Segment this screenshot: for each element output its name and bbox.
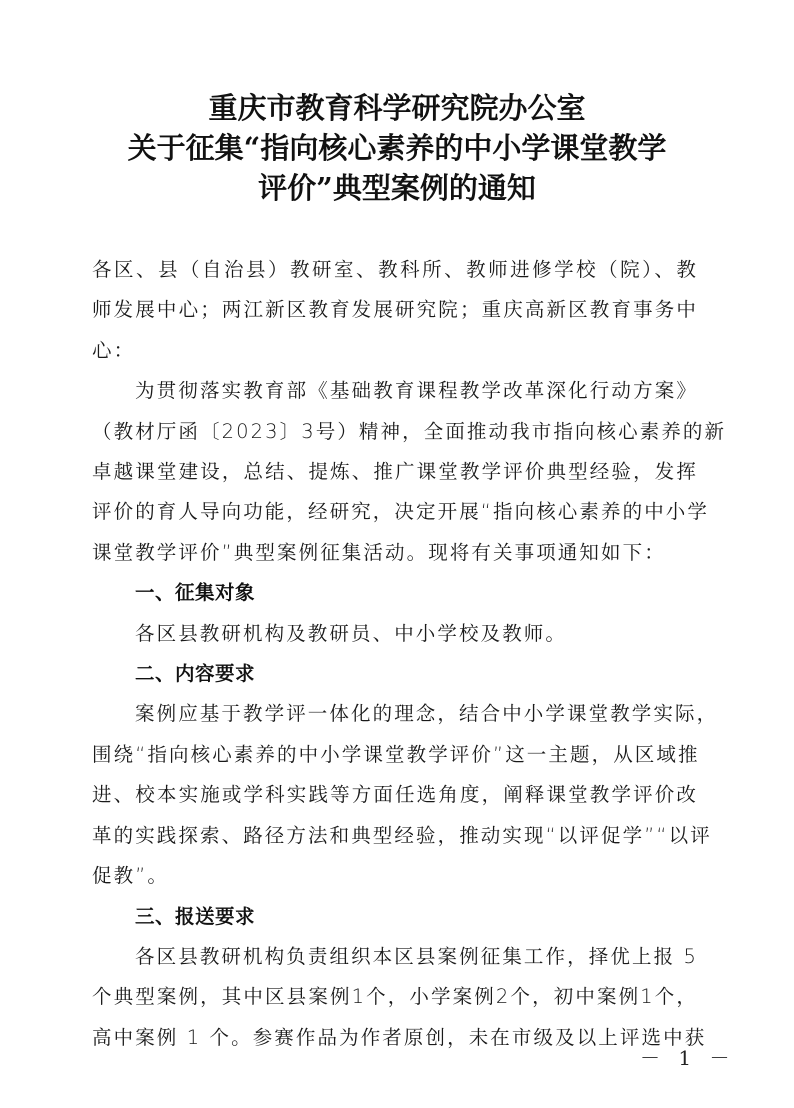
document-title: 重庆市教育科学研究院办公室 关于征集“指向核心素养的中小学课堂教学 评价”典型案… [0, 88, 794, 208]
document-page: 重庆市教育科学研究院办公室 关于征集“指向核心素养的中小学课堂教学 评价”典型案… [0, 0, 794, 1108]
title-line-2: 关于征集“指向核心素养的中小学课堂教学 [0, 128, 794, 168]
section-2-paragraph: 案例应基于教学评一体化的理念，结合中小学课堂教学实际， 围绕“指向核心素养的中小… [92, 694, 698, 896]
salutation: 各区、县（自治县）教研室、教科所、教师进修学校（院）、教 师发展中心；两江新区教… [92, 250, 698, 371]
section-2-line: 案例应基于教学评一体化的理念，结合中小学课堂教学实际， [92, 694, 698, 734]
section-3-paragraph: 各区县教研机构负责组织本区县案例征集工作，择优上报 5 个典型案例，其中区县案例… [92, 937, 698, 1058]
section-heading-1: 一、征集对象 [92, 573, 698, 613]
section-1-paragraph: 各区县教研机构及教研员、中小学校及教师。 [92, 614, 698, 654]
section-heading-2: 二、内容要求 [92, 654, 698, 694]
intro-line: 评价的育人导向功能，经研究，决定开展“指向核心素养的中小学 [92, 492, 698, 532]
title-line-1: 重庆市教育科学研究院办公室 [0, 88, 794, 128]
section-2-line: 革的实践探索、路径方法和典型经验，推动实现“以评促学”“以评 [92, 816, 698, 856]
section-3-line: 个典型案例，其中区县案例1个，小学案例2个，初中案例1个， [92, 977, 698, 1017]
section-2-line: 进、校本实施或学科实践等方面任选角度，阐释课堂教学评价改 [92, 775, 698, 815]
title-line-3: 评价”典型案例的通知 [0, 168, 794, 208]
intro-line: 为贯彻落实教育部《基础教育课程教学改革深化行动方案》 [92, 371, 698, 411]
document-body: 各区、县（自治县）教研室、教科所、教师进修学校（院）、教 师发展中心；两江新区教… [92, 250, 698, 1058]
section-3-line: 各区县教研机构负责组织本区县案例征集工作，择优上报 5 [92, 937, 698, 977]
salutation-line: 心： [92, 331, 698, 371]
section-2-line: 促教”。 [92, 856, 698, 896]
intro-paragraph: 为贯彻落实教育部《基础教育课程教学改革深化行动方案》 （教材厅函〔2023〕3号… [92, 371, 698, 573]
section-heading-3: 三、报送要求 [92, 897, 698, 937]
salutation-line: 各区、县（自治县）教研室、教科所、教师进修学校（院）、教 [92, 250, 698, 290]
section-2-line: 围绕“指向核心素养的中小学课堂教学评价”这一主题，从区域推 [92, 735, 698, 775]
salutation-line: 师发展中心；两江新区教育发展研究院；重庆高新区教育事务中 [92, 290, 698, 330]
intro-line: 卓越课堂建设，总结、提炼、推广课堂教学评价典型经验，发挥 [92, 452, 698, 492]
section-1-line: 各区县教研机构及教研员、中小学校及教师。 [92, 614, 698, 654]
page-number: － 1 － [640, 1042, 735, 1071]
section-3-line: 高中案例 1 个。参赛作品为作者原创，未在市级及以上评选中获 [92, 1018, 698, 1058]
intro-line: （教材厅函〔2023〕3号）精神，全面推动我市指向核心素养的新 [92, 412, 698, 452]
intro-line: 课堂教学评价”典型案例征集活动。现将有关事项通知如下： [92, 533, 698, 573]
